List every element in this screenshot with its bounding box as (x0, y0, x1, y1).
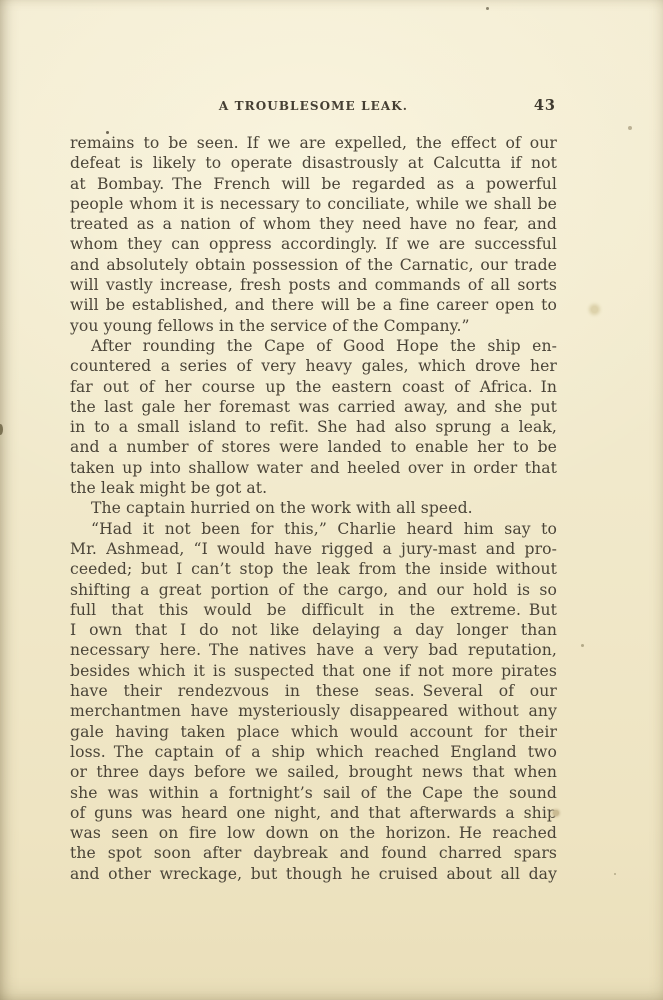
text-line: and absolutely obtain possession of the … (70, 255, 557, 275)
text-line: merchantmen have mysteriously disappeare… (70, 701, 557, 721)
text-line: have their rendezvous in these seas. Sev… (70, 681, 557, 701)
text-line: taken up into shallow water and heeled o… (70, 458, 557, 478)
paper-speck (486, 7, 489, 10)
text-line: besides which it is suspected that one i… (70, 661, 557, 681)
paragraph: remains to be seen. If we are expelled, … (70, 133, 557, 336)
text-line: will be established, and there will be a… (70, 295, 557, 315)
text-line: shifting a great portion of the cargo, a… (70, 580, 557, 600)
text-line: will vastly increase, fresh posts and co… (70, 275, 557, 295)
text-line: the leak might be got at. (70, 478, 557, 498)
text-line: The captain hurried on the work with all… (70, 498, 557, 518)
paper-speck (0, 424, 3, 435)
text-line: After rounding the Cape of Good Hope the… (70, 336, 557, 356)
page-body: remains to be seen. If we are expelled, … (70, 133, 557, 884)
text-line: far out of her course up the eastern coa… (70, 377, 557, 397)
text-line: remains to be seen. If we are expelled, … (70, 133, 557, 153)
text-line: treated as a nation of whom they need ha… (70, 214, 557, 234)
text-line: at Bombay. The French will be regarded a… (70, 174, 557, 194)
text-line: in to a small island to refit. She had a… (70, 417, 557, 437)
paragraph: “Had it not been for this,” Charlie hear… (70, 519, 557, 884)
text-line: the last gale her foremast was carried a… (70, 397, 557, 417)
text-line: necessary here. The natives have a very … (70, 640, 557, 660)
text-line: and other wreckage, but though he cruise… (70, 864, 557, 884)
text-line: of guns was heard one night, and that af… (70, 803, 557, 823)
text-line: and a number of stores were landed to en… (70, 437, 557, 457)
text-line: “Had it not been for this,” Charlie hear… (70, 519, 557, 539)
text-line: people whom it is necessary to conciliat… (70, 194, 557, 214)
paragraph: After rounding the Cape of Good Hope the… (70, 336, 557, 498)
text-line: ceeded; but I can’t stop the leak from t… (70, 559, 557, 579)
book-page: A TROUBLESOME LEAK. 43 remains to be see… (0, 0, 663, 1000)
running-title: A TROUBLESOME LEAK. (70, 99, 557, 113)
text-line: the spot soon after daybreak and found c… (70, 843, 557, 863)
text-line: loss. The captain of a ship which reache… (70, 742, 557, 762)
text-line: was seen on fire low down on the horizon… (70, 823, 557, 843)
page-number: 43 (534, 97, 556, 114)
paper-speck (628, 126, 632, 130)
paper-speck (591, 306, 598, 313)
paper-speck (581, 644, 584, 647)
text-line: I own that I do not like delaying a day … (70, 620, 557, 640)
text-line: countered a series of very heavy gales, … (70, 356, 557, 376)
text-line: defeat is likely to operate disastrously… (70, 153, 557, 173)
text-line: whom they can oppress accordingly. If we… (70, 234, 557, 254)
text-line: full that this would be difficult in the… (70, 600, 557, 620)
text-line: or three days before we sailed, brought … (70, 762, 557, 782)
paper-speck (614, 873, 616, 875)
text-line: she was within a fortnight’s sail of the… (70, 783, 557, 803)
text-line: you young fellows in the service of the … (70, 316, 557, 336)
text-line: gale having taken place which would acco… (70, 722, 557, 742)
text-line: Mr. Ashmead, “I would have rigged a jury… (70, 539, 557, 559)
paragraph: The captain hurried on the work with all… (70, 498, 557, 518)
page-header: A TROUBLESOME LEAK. 43 (70, 99, 557, 117)
